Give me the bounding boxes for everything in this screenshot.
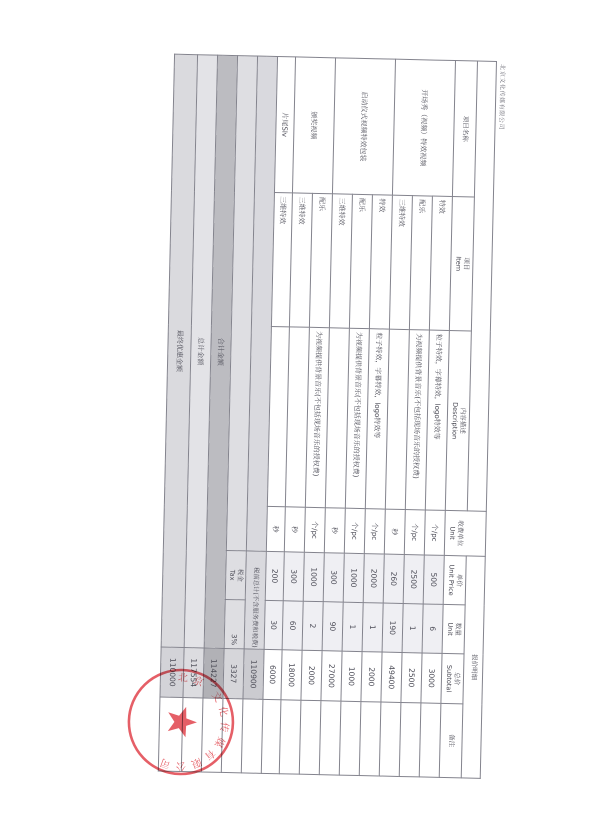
header-unit-cn: 收费单位 — [455, 514, 463, 552]
group-name-cell: 片尾Slv — [274, 57, 295, 193]
header-unit-price-en: Unit Price — [447, 559, 455, 601]
company-seal-stamp: 北京 文化传媒有限公司 — [124, 665, 239, 780]
item-cell: 三维特效 — [329, 194, 352, 328]
header-unit-price: 单价 Unit Price — [443, 555, 466, 604]
group-name-cell: 开场秀（视频）特效视频 — [392, 59, 455, 196]
description-cell: 为视频提供背景音乐(不包括现场音乐的授权费) — [405, 330, 429, 510]
group-name-cell: 颁奖视频 — [292, 57, 335, 194]
seal-text: 北京 文化传媒有限公司 — [159, 671, 233, 772]
unit-cell: 秒 — [266, 506, 285, 551]
header-item: 项目 Item — [449, 197, 474, 331]
subtotal-cell: 1000 — [341, 651, 362, 701]
header-quantity-en: Unit — [446, 608, 454, 650]
group-name-cell: 启动仪式视频特效包装 — [332, 58, 395, 195]
tax-label-en: Tax — [228, 554, 236, 596]
description-cell: 为视频提供背景音乐(不包括现场音乐的授权费) — [345, 328, 369, 508]
item-cell: 配乐 — [349, 194, 372, 328]
header-unit-en: Unit — [448, 514, 456, 552]
unit-cell: 秒 — [324, 508, 345, 553]
unit-price-cell: 200 — [265, 551, 284, 600]
tax-label-cn: 税金 — [235, 554, 243, 596]
company-name: 北京文化传媒有限公司 — [497, 64, 507, 130]
unit-price-cell: 2500 — [403, 555, 424, 604]
subtotal-cell: 49400 — [381, 652, 402, 702]
quantity-cell: 190 — [382, 603, 403, 652]
description-cell: 粒子特效，字幕特效，logo特效等 — [365, 329, 389, 509]
quantity-cell: 6 — [422, 604, 443, 653]
unit-cell: 个/pc — [364, 509, 385, 554]
subtotal-cell: 27000 — [321, 651, 342, 701]
unit-cell: 个/pc — [344, 508, 365, 553]
remarks-cell — [399, 703, 421, 777]
quantity-cell: 30 — [264, 600, 283, 649]
remarks-cell — [241, 699, 263, 773]
quantity-cell: 2 — [302, 601, 323, 650]
remarks-cell — [379, 702, 401, 776]
quantity-cell: 1 — [362, 603, 383, 652]
unit-price-cell: 2000 — [363, 554, 384, 603]
quantity-cell: 60 — [282, 601, 303, 650]
pretax-total-label: 税前总计(不含服务费和税费) — [244, 551, 266, 649]
description-cell: 为视频提供背景音乐(不包括现场音乐的授权费) — [305, 327, 329, 507]
rotated-quotation-page: 北京文化传媒有限公司 收费单位 Unit 报价明细 项目名称 项目 Item 内… — [159, 54, 497, 778]
pretax-total-value: 110900 — [243, 649, 264, 699]
header-remarks: 备注 — [439, 703, 463, 777]
remarks-cell — [279, 700, 301, 774]
unit-cell: 个/pc — [404, 510, 425, 555]
description-cell — [325, 328, 349, 508]
star-icon — [168, 707, 198, 738]
header-quantity: 数量 Unit — [442, 604, 465, 653]
item-cell: 三维特效 — [271, 192, 292, 326]
quantity-cell: 90 — [322, 602, 343, 651]
item-cell: 三维特效 — [389, 195, 412, 329]
unit-cell: 个/pc — [424, 510, 445, 555]
description-cell — [285, 327, 309, 507]
header-subtotal-en: Subtotal — [444, 657, 452, 700]
header-project-name: 项目名称 — [452, 61, 477, 197]
unit-price-cell: 260 — [383, 554, 404, 603]
header-unit: 收费单位 Unit — [444, 510, 486, 556]
header-subtotal: 总价 Subtotal — [441, 653, 464, 703]
unit-cell: 秒 — [384, 509, 405, 554]
unit-price-cell: 300 — [283, 552, 304, 601]
quantity-cell: 1 — [342, 602, 363, 651]
remarks-cell — [261, 699, 281, 773]
subtotal-cell: 6000 — [263, 649, 282, 699]
description-cell: 粒子特效，字幕特效，logo特效等 — [425, 330, 449, 510]
remarks-cell — [319, 701, 341, 775]
unit-price-cell: 300 — [323, 553, 344, 602]
unit-cell: 个/pc — [304, 507, 325, 552]
header-description: 内容描述 Description — [445, 330, 471, 510]
remarks-cell — [419, 703, 441, 777]
remarks-cell — [299, 700, 321, 774]
item-cell: 配乐 — [409, 196, 432, 330]
item-cell: 特效 — [369, 195, 392, 329]
quantity-cell: 1 — [402, 604, 423, 653]
unit-price-cell: 1000 — [343, 553, 364, 602]
subtotal-cell: 3000 — [421, 653, 442, 703]
unit-cell: 秒 — [284, 507, 305, 552]
subtotal-cell: 18000 — [281, 650, 302, 700]
item-cell: 配乐 — [309, 193, 332, 327]
header-quantity-cn: 数量 — [453, 608, 461, 650]
item-cell: 三维特效 — [289, 193, 312, 327]
remarks-cell — [339, 701, 361, 775]
subtotal-cell: 2500 — [401, 653, 422, 703]
subtotal-cell: 2000 — [301, 650, 322, 700]
header-subtotal-cn: 总价 — [452, 657, 460, 700]
remarks-cell — [359, 702, 381, 776]
unit-price-cell: 1000 — [303, 552, 324, 601]
subtotal-cell: 2000 — [361, 652, 382, 702]
tax-rate: 3% — [224, 599, 245, 648]
unit-price-cell: 500 — [423, 555, 444, 604]
item-cell: 特效 — [429, 196, 452, 330]
tax-label: 税金 Tax — [225, 551, 246, 600]
description-cell — [385, 329, 409, 509]
